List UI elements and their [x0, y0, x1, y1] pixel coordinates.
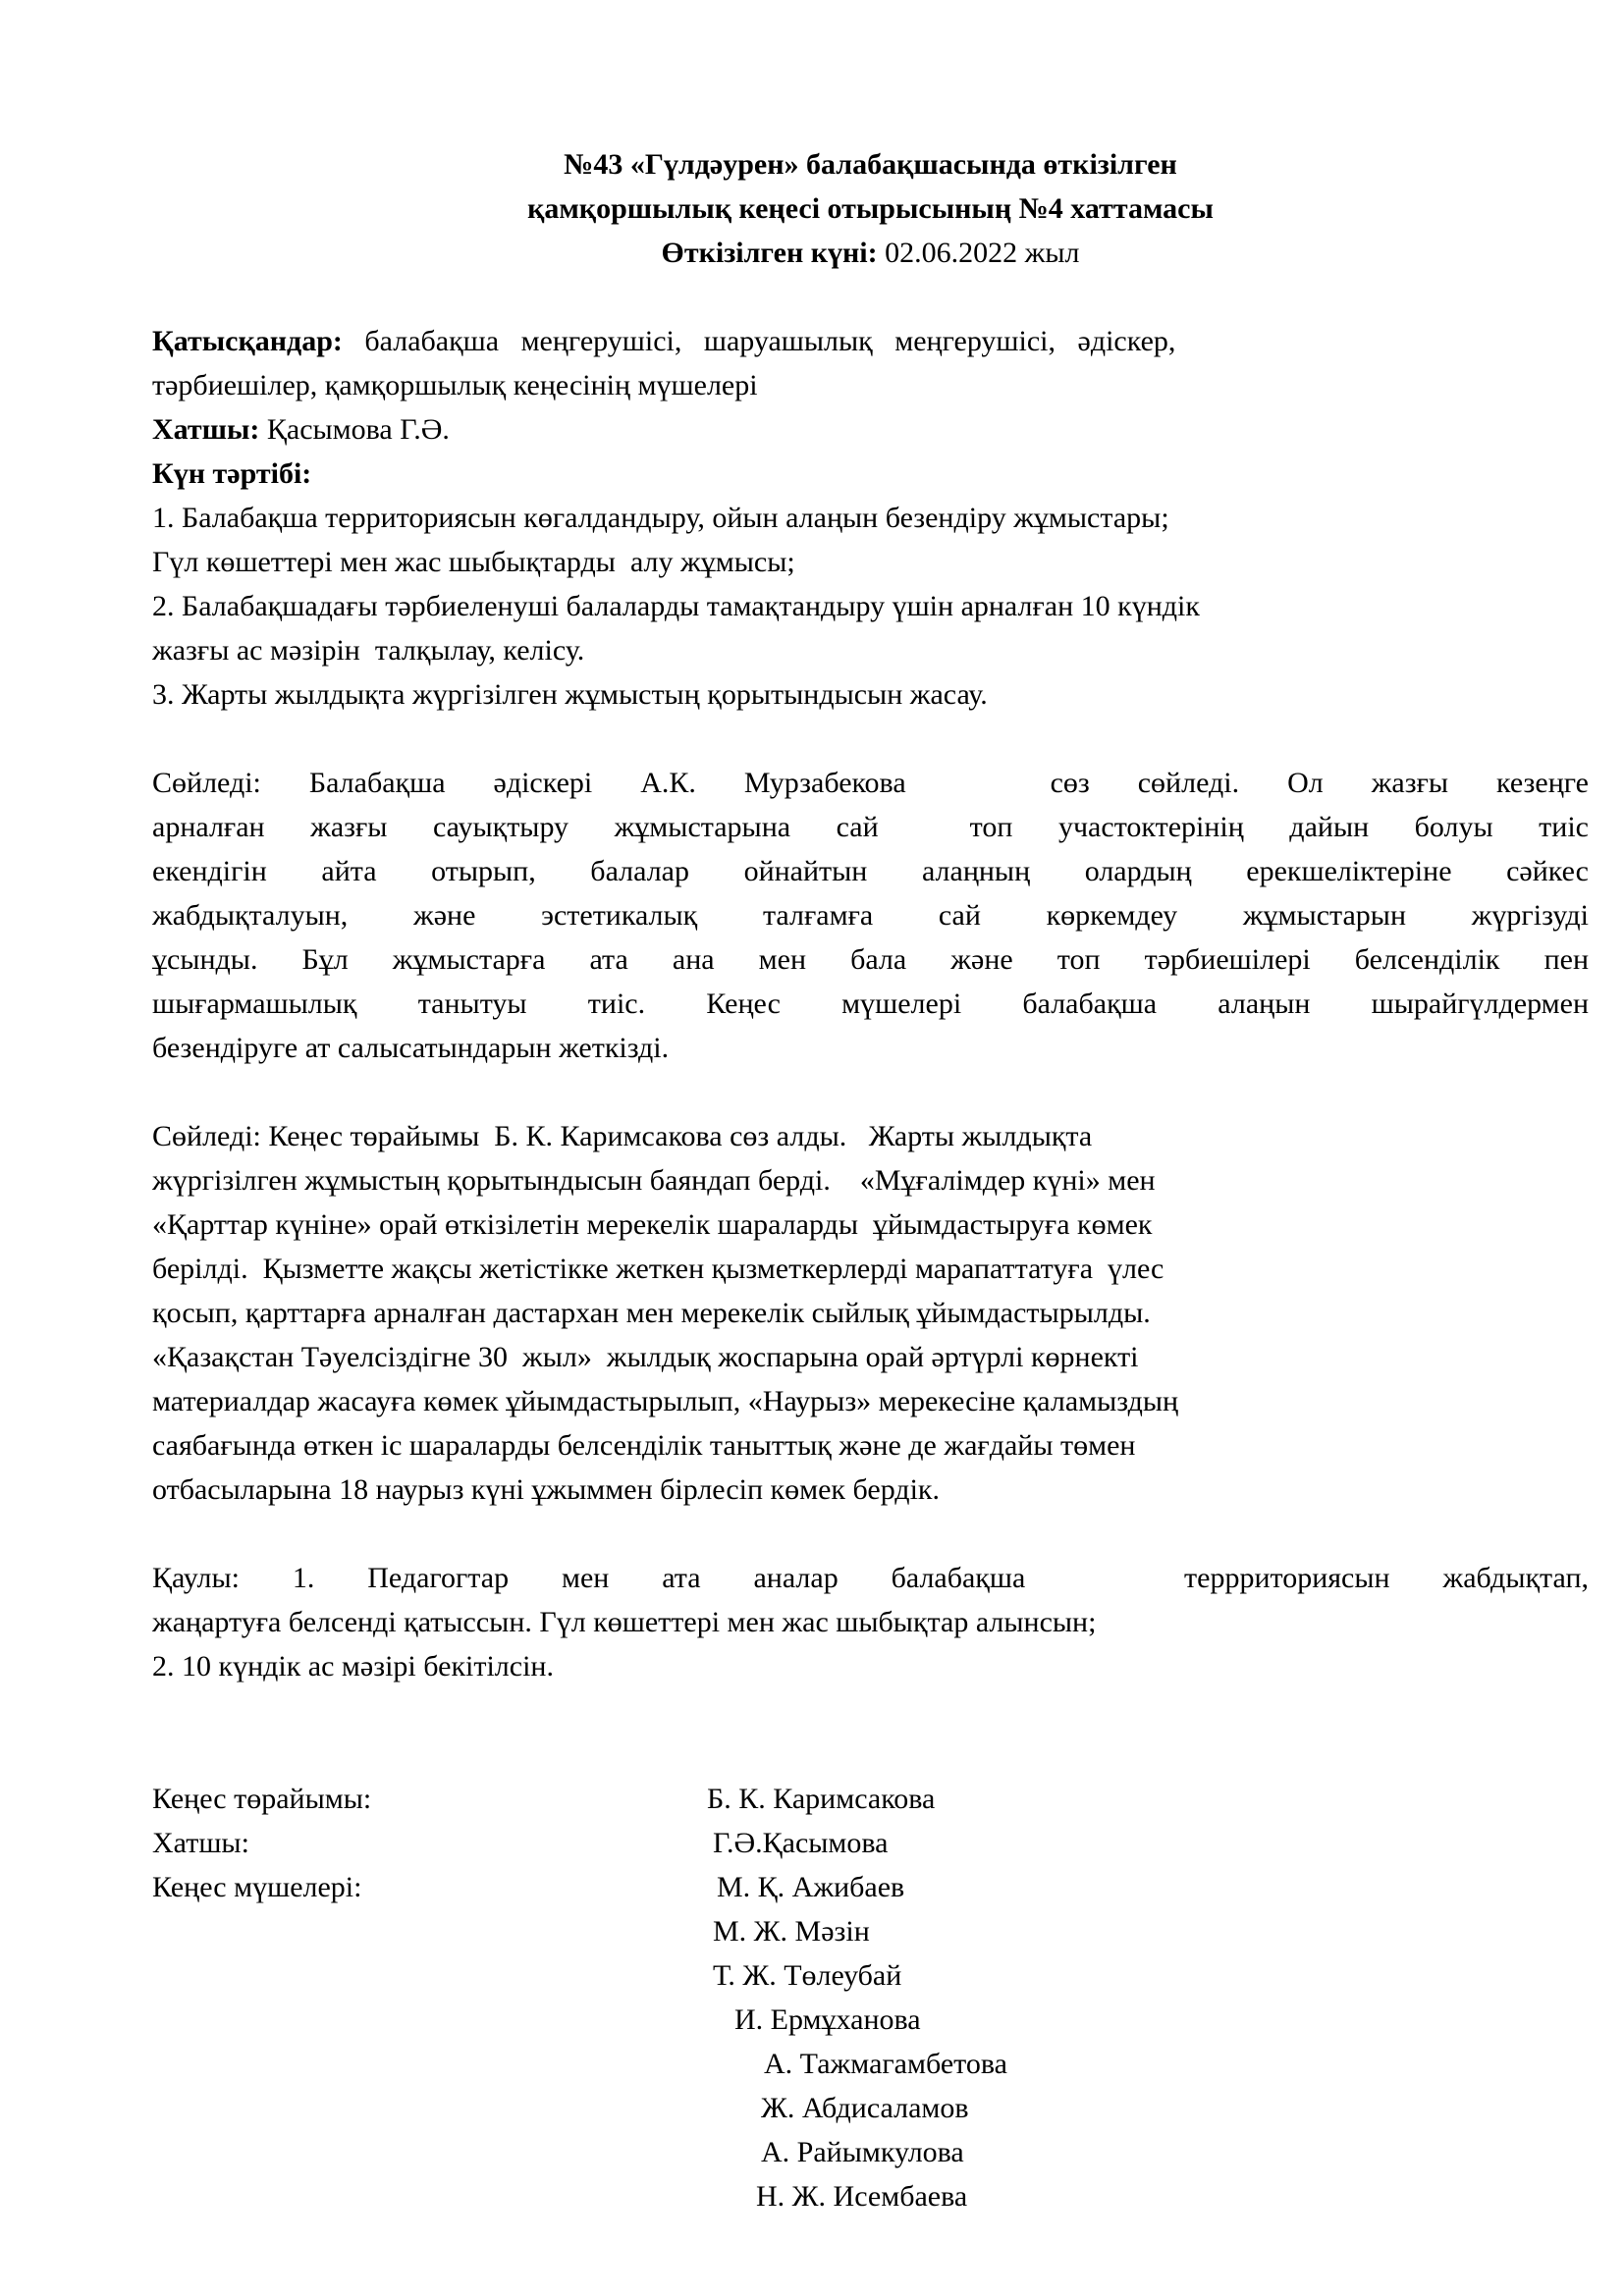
decision-line: 2. 10 күндік ас мәзірі бекітілсін. — [152, 1644, 1589, 1688]
speech2-line: материалдар жасауға көмек ұйымдастырылып… — [152, 1379, 1589, 1423]
speech1-line: екендігін айта отырып, балалар ойнайтын … — [152, 849, 1589, 893]
meeting-date-line: Өткізілген күні: 02.06.2022 жыл — [152, 231, 1589, 275]
speech2-line: қосып, қарттарға арналған дастархан мен … — [152, 1291, 1589, 1335]
spacer — [152, 1688, 1589, 1777]
signature-label: Кеңес төрайымы: — [152, 1783, 371, 1815]
doc-title-line-2: қамқоршылық кеңесі отырысының №4 хаттама… — [152, 187, 1589, 231]
signature-name: А. Тажмагамбетова — [764, 2042, 1007, 2086]
speech1-line: жабдықталуын, және эстетикалық талғамға … — [152, 893, 1589, 937]
speech2-line: саябағында өткен іс шараларды белсенділі… — [152, 1423, 1589, 1468]
attendees-label: Қатысқандар: — [152, 325, 343, 357]
signature-name: Н. Ж. Исембаева — [756, 2174, 967, 2218]
agenda-item-line: 2. Балабақшадағы тәрбиеленуші балаларды … — [152, 584, 1589, 628]
spacer — [152, 1070, 1589, 1114]
signature-row: Кеңес төрайымы:Б. К. Каримсакова — [152, 1777, 1589, 1821]
attendees-text: балабақша меңгерушісі, шаруашылық меңгер… — [343, 325, 1176, 357]
agenda-item-line: 3. Жарты жылдықта жүргізілген жұмыстың қ… — [152, 672, 1589, 717]
signature-name: Т. Ж. Төлеубай — [713, 1953, 901, 1998]
attendees-line-2: тәрбиешілер, қамқоршылық кеңесінің мүшел… — [152, 363, 1589, 407]
spacer — [152, 717, 1589, 761]
secretary-name: Қасымова Г.Ә. — [259, 413, 450, 446]
signature-name: Б. К. Каримсакова — [707, 1777, 935, 1821]
speech2-line: отбасыларына 18 наурыз күні ұжыммен бірл… — [152, 1468, 1589, 1512]
speech1-line: Сөйледі: Балабақша әдіскері А.К. Мурзабе… — [152, 761, 1589, 805]
signature-name: М. Ж. Мәзін — [713, 1909, 870, 1953]
secretary-label: Хатшы: — [152, 413, 259, 446]
speech2-line: «Қазақстан Тәуелсіздігне 30 жыл» жылдық … — [152, 1335, 1589, 1379]
speech1-line: безендіруге ат салысатындарын жеткізді. — [152, 1026, 1589, 1070]
speech2-line: жүргізілген жұмыстың қорытындысын баянда… — [152, 1158, 1589, 1202]
signature-name: А. Райымкулова — [761, 2130, 964, 2174]
speech1-line: шығармашылық танытуы тиіс. Кеңес мүшелер… — [152, 982, 1589, 1026]
speech2-line: Сөйледі: Кеңес төрайымы Б. К. Каримсаков… — [152, 1114, 1589, 1158]
signature-label: Кеңес мүшелері: — [152, 1871, 361, 1903]
signature-name: Г.Ә.Қасымова — [713, 1821, 889, 1865]
agenda-item-line: жазғы ас мәзірін талқылау, келісу. — [152, 628, 1589, 672]
signature-name: М. Қ. Ажибаев — [717, 1865, 904, 1909]
spacer — [152, 275, 1589, 319]
document-content: №43 «Гүлдәурен» балабақшасында өткізілге… — [152, 142, 1589, 2218]
doc-title-line-1: №43 «Гүлдәурен» балабақшасында өткізілге… — [152, 142, 1589, 187]
signature-row: А. Райымкулова — [152, 2130, 1589, 2174]
meeting-date-label: Өткізілген күні: — [662, 237, 878, 269]
signature-row: Хатшы:Г.Ә.Қасымова — [152, 1821, 1589, 1865]
signature-name: И. Ермұханова — [734, 1998, 921, 2042]
attendees-line-1: Қатысқандар: балабақша меңгерушісі, шару… — [152, 319, 1589, 363]
signature-label: Хатшы: — [152, 1827, 249, 1859]
spacer — [152, 1512, 1589, 1556]
decision-line: жаңартуға белсенді қатыссын. Гүл көшетте… — [152, 1600, 1589, 1644]
agenda-item-line: 1. Балабақша территориясын көгалдандыру,… — [152, 496, 1589, 540]
signature-name: Ж. Абдисаламов — [761, 2086, 969, 2130]
speech1-line: арналған жазғы сауықтыру жұмыстарына сай… — [152, 805, 1589, 849]
signature-row: Н. Ж. Исембаева — [152, 2174, 1589, 2218]
signature-row: Кеңес мүшелері:М. Қ. Ажибаев — [152, 1865, 1589, 1909]
signature-row: Т. Ж. Төлеубай — [152, 1953, 1589, 1998]
signature-row: М. Ж. Мәзін — [152, 1909, 1589, 1953]
meeting-date-value: 02.06.2022 жыл — [878, 237, 1080, 269]
document-page: №43 «Гүлдәурен» балабақшасында өткізілге… — [0, 0, 1624, 2296]
agenda-heading: Күн тәртібі: — [152, 452, 1589, 496]
speech1-line: ұсынды. Бұл жұмыстарға ата ана мен бала … — [152, 937, 1589, 982]
decision-line: Қаулы: 1. Педагогтар мен ата аналар бала… — [152, 1556, 1589, 1600]
speech2-line: «Қарттар күніне» орай өткізілетін мереке… — [152, 1202, 1589, 1247]
signature-row: А. Тажмагамбетова — [152, 2042, 1589, 2086]
signature-row: Ж. Абдисаламов — [152, 2086, 1589, 2130]
secretary-line: Хатшы: Қасымова Г.Ә. — [152, 407, 1589, 452]
agenda-item-line: Гүл көшеттері мен жас шыбықтарды алу жұм… — [152, 540, 1589, 584]
speech2-line: берілді. Қызметте жақсы жетістікке жетке… — [152, 1247, 1589, 1291]
signature-row: И. Ермұханова — [152, 1998, 1589, 2042]
